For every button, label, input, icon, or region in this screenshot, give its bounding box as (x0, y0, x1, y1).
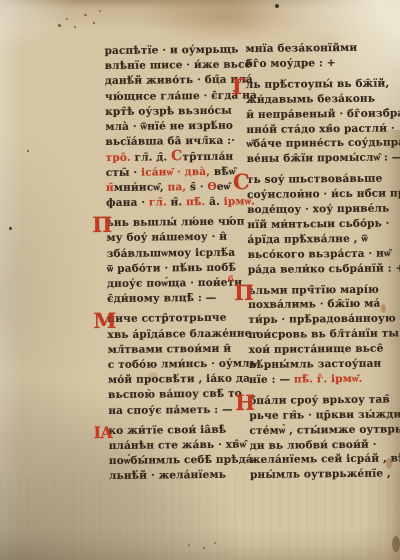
text-line: жела́нїемь сей ісра́й , вѣ̑ (250, 453, 400, 468)
ink-text: мо́й просвѣ́ти , іа́ко да (108, 373, 250, 386)
text-line: похва́лимь · бж̑їю ма́ (248, 298, 380, 312)
ink-text: фана · (106, 197, 149, 209)
stain (84, 14, 87, 16)
rubric-text: іса́нѡ̑ · (141, 166, 185, 178)
ink-text: вѣ́рны́мль застоу́пан (249, 358, 382, 371)
text-line: мнїа беза́конїйми (245, 42, 357, 56)
ink-text: дноу́є поѡ́ща · пои́ети (107, 277, 242, 290)
text-line: Сть ѕоу́ шьствова́вьше (247, 173, 383, 187)
rubric-text: пѣ̑. (186, 196, 209, 208)
text-line: тро̑. гл̑. д̑. Стр̑тпла́н (106, 150, 234, 165)
ink-text: сте́мѡ̀ , сты́имже оутврь (249, 423, 400, 437)
margin-gloss: б̑ (228, 276, 234, 284)
ink-text: поѡ́бы́нмль себѣ̑ прѣда́ (109, 454, 253, 468)
text-line: бг̑о моу́дре : + (246, 57, 336, 71)
text-line: мо́й просвѣ́ти , іа́ко да (108, 373, 250, 387)
text-line: му боу́ на́шемоу · и̑ (106, 231, 227, 245)
text-line: Гль прѣ́стоупы́ вь бж̑їй, (246, 77, 389, 92)
ink-text: мл̑твами ствои́ми и̑ (108, 342, 232, 355)
text-line: ІАко жи́тїе свои́ іа̑вѣ̀ (108, 424, 226, 438)
ink-text: ть ѕоу́ шьствова́вьше (247, 173, 383, 186)
ink-text: мнїа беза́конїйми (245, 42, 357, 55)
ink-text: нно́й ста́до хв̑о растли́ · (246, 122, 395, 136)
text-line: жи́давымь беза́конь (246, 92, 375, 106)
text-line: Пѣнь вьшлы́ лю́не чю́п (106, 216, 244, 230)
ink-text: а̑. (209, 196, 224, 208)
ink-text: нїй ми́нтьсыи сьбо́рь · (247, 217, 389, 230)
text-line: Нбпа́ли сроу́ врьхоу тав̑ (249, 393, 390, 407)
stain (93, 22, 95, 24)
text-line: пла́нѣн сте жа́вь · хв̑ѡ̑ (109, 439, 247, 453)
ink-text: ра́да вели́ко сьбра́нїй : + (248, 262, 400, 276)
text-line: вьспою̀ ва́шоу свѣ̑ то (108, 388, 242, 402)
right-text-column: мнїа беза́конїймибг̑о моу́дре : +Гль прѣ… (245, 0, 400, 560)
ink-text: сты̑ · (106, 166, 141, 178)
rubric-text: два̀, (185, 165, 214, 177)
text-line: а́рїда прѣ́хва́лне , ѿ (247, 233, 368, 247)
ink-text: хои́ приста́нище вьсе̑ (249, 343, 384, 356)
text-line: нно́й ста́до хв̑о растли́ · (246, 122, 395, 137)
ink-text: є̑ди́ному влцѣ̑ : — (107, 292, 216, 305)
text-line: соу́ислои́но · и́сь нб̑си при́ (247, 187, 400, 202)
ink-text: вьсо́кого вьзра́ста · нѡ̑ (248, 247, 391, 260)
text-line: мла̀ · ѿнїе́ не изрѣ́но (105, 120, 233, 134)
ink-text: ѣнь вьшлы́ лю́не чю́п (106, 216, 244, 229)
text-line: нїй ми́нтьсыи сьбо́рь · (247, 217, 389, 231)
text-line: рны́мль оутврьже́нїе , (250, 468, 391, 482)
ink-text: вьсїа́вша ба̑ ичл̑ка :· (105, 135, 235, 148)
ink-text: воде́щоу · хоу́ приве́ль (247, 203, 389, 216)
stain (58, 24, 61, 27)
text-line: с тобо́ю лми́нсь · оу́мль (108, 357, 257, 372)
text-line: крт̑ѣ оу́зрѣ вьзно́сы (105, 104, 232, 118)
text-line: ѡ̑ба́че прине́сть соу́дьпра (246, 137, 400, 152)
ink-text: а́рїда прѣ́хва́лне , ѿ (247, 233, 368, 246)
ink-text: бг̑о моу́дре : + (246, 57, 336, 70)
ink-text: крт̑ѣ оу́зрѣ вьзно́сы (105, 104, 232, 117)
text-line: влѣнїе шисе · и́же вьсе̑ (105, 59, 252, 74)
text-line: зба́вльшѡмоу ісрлѣ́а (107, 246, 236, 260)
ink-text: соу́ислои́но · и́сь нб̑си при́ (247, 187, 400, 201)
ink-text: зба́вльшѡмоу ісрлѣ́а (107, 246, 236, 259)
ink-text: му боу́ на́шемоу · и̑ (106, 231, 227, 244)
ink-text: данѣ́й живо́ть · бц̑а пла́ (105, 74, 253, 88)
ink-text: ти́рь · прѣ́радова́нноую · (248, 313, 400, 327)
stain (66, 18, 68, 20)
ink-text: жи́давымь беза́конь (246, 92, 375, 105)
text-line: и̑ непра́веный · бг̑оизб̑ра (246, 107, 400, 122)
rubric-text: пѣ̑. г̑. ірмѡ̑. (294, 373, 363, 386)
ink-text: рьче гн̑ь · цр̑кви зы́жди (249, 408, 400, 422)
text-line: н̑мни́исѡ̑, па, ѕ̑ · Ѳеѡ̑ (106, 180, 230, 194)
text-line: воде́щоу · хоу́ приве́ль (247, 203, 389, 217)
text-line: нїе : — пѣ̑. г̑. ірмѡ̑. (249, 373, 363, 387)
ink-text: жела́нїемь сей ісра́й , вѣ̑ (250, 453, 400, 467)
rubric-text: гл̑. (149, 196, 171, 208)
text-line: пои́сровь вь бл̑та́нїи ты (248, 328, 399, 343)
ink-text: ниче сстр̑тотрьпче (107, 312, 226, 325)
ink-text: льнѣ́й · жела́нїемь (109, 469, 226, 482)
ink-text: ѿ рабо́ти · пѣ́нь побѣ̑ (107, 261, 236, 274)
text-line: поѡ́бы́нмль себѣ̑ прѣда́ (109, 454, 253, 469)
ink-text: влѣнїе шисе · и́же вьсе̑ (105, 59, 252, 73)
ink-text: ѣльми прч̑тїю марі́ю (248, 283, 379, 296)
ink-text: и̑ непра́веный · бг̑оизб̑ра (246, 107, 400, 121)
text-line: Мниче сстр̑тотрьпче (107, 312, 226, 326)
ink-text: тр̑тпла́н (182, 151, 233, 164)
ink-text: на споу́є па́меть : — (108, 403, 233, 416)
rubric-text: Ѳ (207, 181, 216, 193)
text-line: сты̑ · іса́нѡ̑ · два̀, вѣ̑ѡ̑ (106, 165, 236, 179)
ink-text: бпа́ли сроу́ врьхоу тав̑ (249, 393, 390, 406)
stain (99, 10, 101, 12)
text-line: данѣ́й живо́ть · бц̑а пла́ (105, 74, 253, 89)
text-line: на споу́є па́меть : — (108, 403, 233, 417)
text-line: рьче гн̑ь · цр̑кви зы́жди (249, 408, 400, 423)
text-line: ра́да вели́ко сьбра́нїй : + (248, 262, 400, 277)
stain (74, 26, 76, 28)
ink-text: мни́исѡ̑, (114, 181, 168, 194)
ink-text: распѣтїе · и оу́мрьщь (104, 44, 238, 57)
text-line: Пѣльми прч̑тїю марі́ю (248, 283, 379, 297)
ink-text: гл̑. д̑. (135, 152, 172, 164)
rubric-text: н̑ (106, 182, 114, 194)
rubric-text: тро̑. (106, 152, 135, 164)
text-line: ве́ны бж̑їи промы́слѡ̑ : — (247, 152, 400, 167)
left-text-column: распѣтїе · и оу́мрьщьвлѣнїе шисе · и́же … (104, 0, 246, 560)
text-line: мл̑твами ствои́ми и̑ (108, 342, 232, 356)
rubric-initial: Г (232, 76, 247, 97)
ink-text: пла́нѣн сте жа́вь · хв̑ѡ̑ (109, 439, 247, 452)
ink-text: хвь а́рїда́все блаже́нне · (107, 327, 259, 341)
text-line: льнѣ́й · жела́нїемь (109, 469, 226, 483)
text-line: вѣ́рны́мль застоу́пан (249, 358, 382, 372)
text-line: хвь а́рїда́все блаже́нне · (107, 327, 259, 342)
text-line: распѣтїе · и оу́мрьщь (104, 44, 238, 58)
text-line: хои́ приста́нище вьсе̑ (249, 343, 384, 357)
text-line: ѿ рабо́ти · пѣ́нь побѣ̑ (107, 261, 236, 275)
rubric-initial: ІА (93, 425, 112, 441)
text-line: дноу́є поѡ́ща · пои́ети (107, 277, 242, 291)
ink-text: похва́лимь · бж̑їю ма́ (248, 298, 380, 311)
text-line: фана · гл̑. н̑. пѣ̑. а̑. ірмѡ̑. (106, 195, 255, 210)
ink-text: вьспою̀ ва́шоу свѣ̑ то (108, 388, 242, 401)
ink-text: еѡ̑ (217, 180, 231, 192)
text-line: ди вь любви́ свои́й · (250, 438, 377, 452)
ink-text: ди вь любви́ свои́й · (250, 438, 377, 451)
ink-text: ве́ны бж̑їи промы́слѡ̑ : — (247, 152, 400, 166)
ink-text: с тобо́ю лми́нсь · оу́мль (108, 357, 257, 371)
text-line: вьсо́кого вьзра́ста · нѡ̑ (248, 247, 391, 261)
ink-text: рны́мль оутврьже́нїе , (250, 468, 391, 481)
rubric-text: С (171, 149, 182, 165)
stain (27, 150, 29, 152)
ink-text: ко жи́тїе свои́ іа̑вѣ̀ (108, 424, 226, 437)
rubric-text: па, (168, 181, 191, 193)
text-line: вьсїа́вша ба̑ ичл̑ка :· (105, 135, 235, 149)
text-line: є̑ди́ному влцѣ̑ : — (107, 292, 216, 306)
stain (9, 227, 12, 230)
ink-text: пои́сровь вь бл̑та́нїи ты (248, 328, 399, 342)
ink-text: мла̀ · ѿнїе́ не изрѣ́но (105, 120, 233, 133)
ink-text: ѕ̑ · (190, 181, 208, 193)
ink-text: ль прѣ́стоупы́ вь бж̑їй, (246, 77, 389, 91)
manuscript-page-photo: распѣтїе · и оу́мрьщьвлѣнїе шисе · и́же … (0, 0, 400, 560)
ink-text: нїе : — (249, 373, 294, 385)
ink-text: ѡ̑ба́че прине́сть соу́дьпра (246, 137, 400, 151)
ink-text: н̑. (171, 196, 187, 208)
text-line: ти́рь · прѣ́радова́нноую · (248, 313, 400, 328)
text-line: сте́мѡ̀ , сты́имже оутврь (249, 423, 400, 438)
